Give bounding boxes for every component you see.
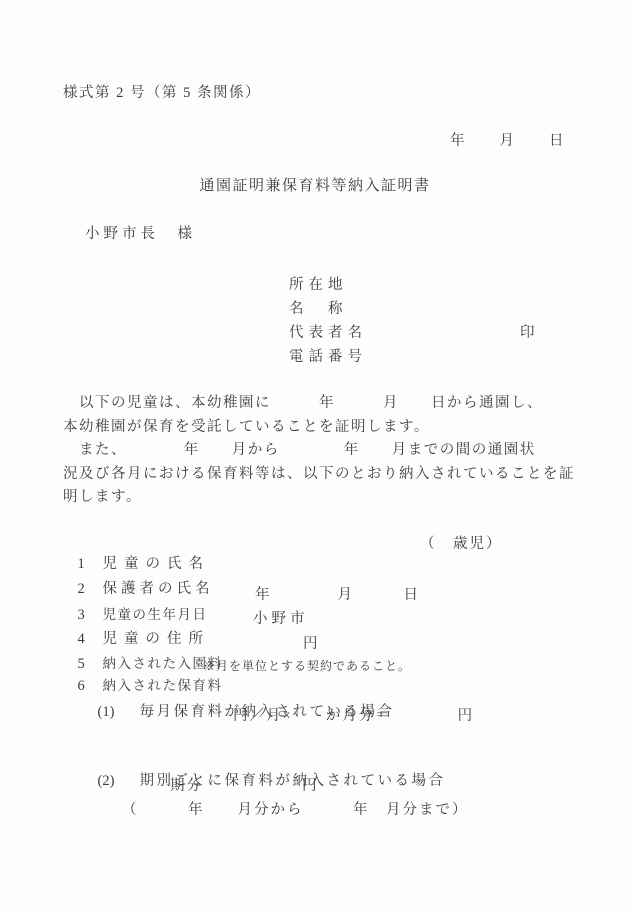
issuer-name-label: 名 称 [289, 299, 348, 319]
paragraph-line: 況及び各月における保育料等は、以下のとおり納入されていることを証 [63, 463, 603, 487]
subitem-number: (2) [98, 771, 140, 791]
subitem-number: (1) [98, 702, 140, 722]
term-range-line: （ 年 月分から 年 月分まで） [122, 800, 469, 820]
issue-date-line: 年 月 日 [450, 131, 566, 151]
certificate-form-page: 様式第 2 号（第 5 条関係） 年 月 日 通園証明兼保育料等納入証明書 小野… [0, 0, 630, 915]
item-date-blanks: 年 月 日 [255, 585, 420, 605]
paragraph-line: 以下の児童は、本幼稚園に 年 月 日から通園し、 [63, 392, 603, 416]
certification-paragraph: 以下の児童は、本幼稚園に 年 月 日から通園し、 本幼稚園が保育を受託しているこ… [63, 392, 603, 510]
item-age-blank: （ 歳児） [420, 534, 503, 554]
addressee-mayor: 小野市長 様 [85, 224, 196, 244]
item-footnote: ※月を単位とする契約であること。 [203, 658, 411, 675]
document-title: 通園証明兼保育料等納入証明書 [0, 176, 630, 197]
seal-mark: 印 [520, 323, 535, 343]
item-city-prefill: 小野市 [253, 609, 309, 629]
paragraph-line: また、 年 月から 年 月までの間の通園状 [63, 439, 603, 463]
issuer-phone-label: 電話番号 [289, 347, 367, 367]
issuer-representative-label: 代表者名 [289, 323, 367, 343]
issuer-address-label: 所在地 [289, 275, 348, 295]
item-yen-blank: 円 [303, 634, 320, 654]
monthly-fee-formula-line: 円／月× か月分＝ 円 [233, 706, 474, 726]
paragraph-line: 本幼稚園が保育を受託していることを証明します。 [63, 416, 603, 440]
paragraph-line: 明します。 [63, 486, 603, 510]
form-number: 様式第 2 号（第 5 条関係） [63, 83, 261, 103]
term-fee-line: 期分 円 [170, 776, 319, 796]
